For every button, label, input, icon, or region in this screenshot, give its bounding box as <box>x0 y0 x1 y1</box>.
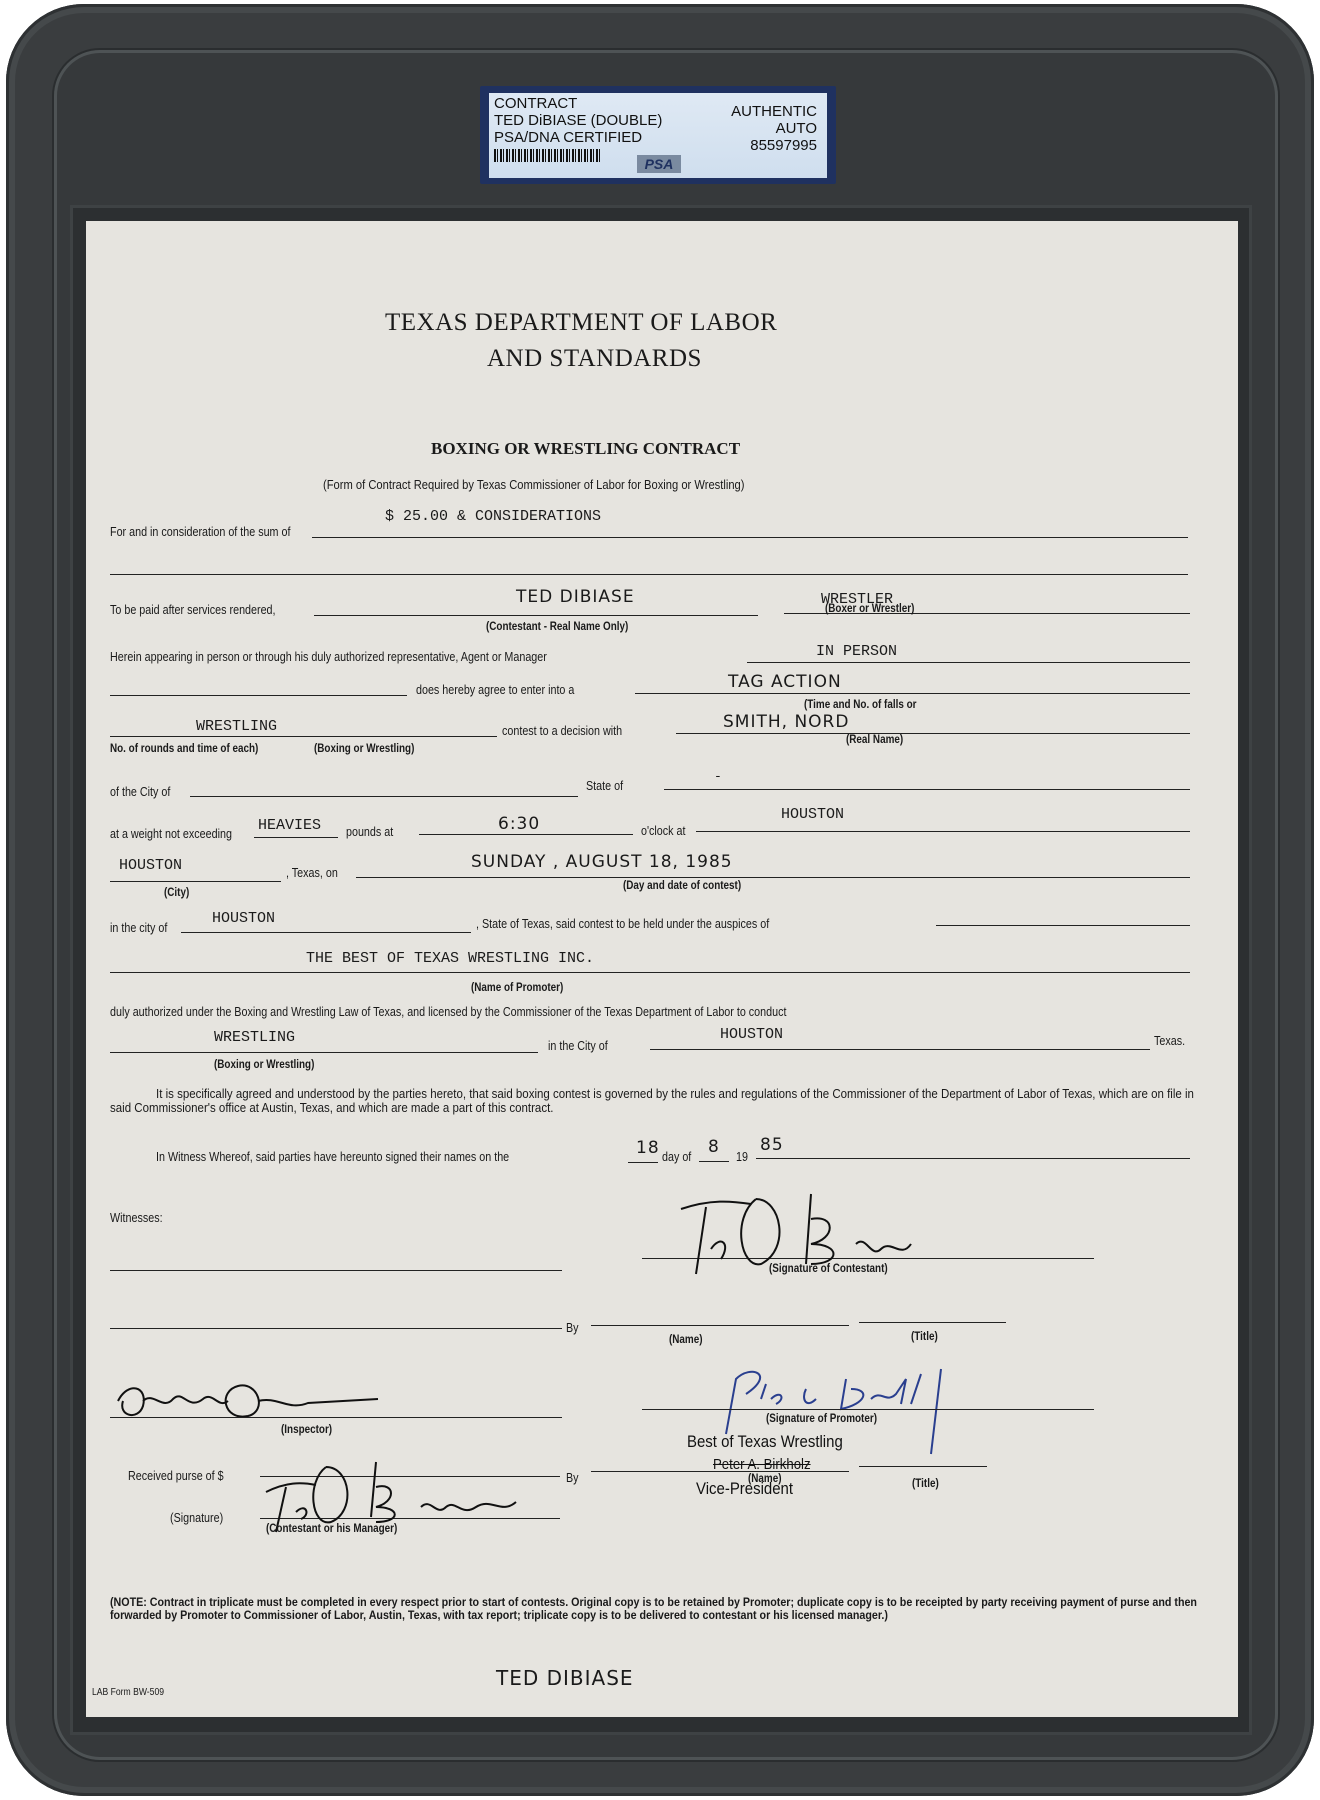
texas-end: Texas. <box>1154 1034 1185 1048</box>
opponent-value: SMITH, NORD <box>723 712 849 732</box>
label-authentic: AUTHENTIC <box>731 103 817 120</box>
state-value: - <box>714 769 722 784</box>
contract-document: TEXAS DEPARTMENT OF LABOR AND STANDARDS … <box>86 221 1238 1717</box>
contestant-name: TED DIBIASE <box>516 587 635 607</box>
conduct-caption: (Boxing or Wrestling) <box>214 1059 314 1071</box>
in-city-of-label: in the City of <box>548 1039 608 1053</box>
conduct-value: WRESTLING <box>214 1029 295 1046</box>
psa-logo-icon: PSA <box>637 155 681 173</box>
received-label: Received purse of $ <box>128 1469 224 1483</box>
sum-label: For and in consideration of the sum of <box>110 525 290 539</box>
contestant-caption: (Contestant - Real Name Only) <box>486 621 628 633</box>
paid-label: To be paid after services rendered, <box>110 603 276 617</box>
promoter-value: THE BEST OF TEXAS WRESTLING INC. <box>306 950 594 967</box>
conduct-city-value: HOUSTON <box>720 1026 783 1043</box>
agree-label: does hereby agree to enter into a <box>416 683 574 697</box>
role-caption: (Boxer or Wrestler) <box>825 603 914 615</box>
label-certifier: PSA/DNA CERTIFIED <box>494 129 662 146</box>
time-value: 6:30 <box>498 814 540 834</box>
promoter-stamp-name: Peter A. Birkholz <box>713 1456 811 1473</box>
oclock-label: o'clock at <box>641 824 685 838</box>
inspector-signature <box>108 1371 388 1431</box>
date-value: SUNDAY , AUGUST 18, 1985 <box>471 852 733 872</box>
in-city-label: in the city of <box>110 921 167 935</box>
agree-value: TAG ACTION <box>728 672 842 692</box>
falls-caption: (Time and No. of falls or <box>804 699 916 711</box>
promoter-caption: (Name of Promoter) <box>471 982 563 994</box>
witnesses-label: Witnesses: <box>110 1211 163 1225</box>
witness-year: 85 <box>760 1135 784 1155</box>
city-label: of the City of <box>110 785 170 799</box>
appearing-value: IN PERSON <box>816 643 897 660</box>
form-number: LAB Form BW-509 <box>92 1687 164 1698</box>
promoter-stamp-title: Vice-President <box>696 1479 793 1499</box>
real-name-caption: (Real Name) <box>846 734 903 746</box>
psa-certification-label: CONTRACT TED DiBIASE (DOUBLE) PSA/DNA CE… <box>480 86 836 184</box>
contest-label: contest to a decision with <box>502 724 622 738</box>
cert-number: 85597995 <box>731 137 817 154</box>
doc-title-line2: AND STANDARDS <box>487 345 702 373</box>
texas-on-label: , Texas, on <box>286 866 338 880</box>
date-caption: (Day and date of contest) <box>623 880 741 892</box>
title-caption-2: (Title) <box>912 1478 939 1490</box>
contestant-manager-caption: (Contestant or his Manager) <box>266 1523 397 1535</box>
sig-promoter-caption: (Signature of Promoter) <box>766 1413 877 1425</box>
doc-subtitle: BOXING OR WRESTLING CONTRACT <box>431 439 740 459</box>
agreement-paragraph: It is specifically agreed and understood… <box>110 1087 1205 1115</box>
by-label-2: By <box>566 1471 579 1485</box>
state-label: State of <box>586 779 623 793</box>
contest-type-value: WRESTLING <box>196 718 277 735</box>
weight-value: HEAVIES <box>258 817 321 834</box>
inspector-caption: (Inspector) <box>281 1424 332 1436</box>
authorized-text: duly authorized under the Boxing and Wre… <box>110 1005 1176 1019</box>
sum-value: $ 25.00 & CONSIDERATIONS <box>385 508 601 525</box>
barcode-icon <box>494 149 602 162</box>
day-of-label: day of <box>662 1150 691 1164</box>
note-text: (NOTE: Contract in triplicate must be co… <box>110 1597 1217 1623</box>
in-city-value: HOUSTON <box>212 910 275 927</box>
sig-contestant-caption: (Signature of Contestant) <box>769 1263 888 1275</box>
signature-label: (Signature) <box>170 1511 223 1525</box>
name-caption-1: (Name) <box>669 1334 703 1346</box>
title-caption-1: (Title) <box>911 1331 938 1343</box>
label-subject: TED DiBIASE (DOUBLE) <box>494 112 662 129</box>
city-caption: (City) <box>164 887 189 899</box>
location-value: HOUSTON <box>781 806 844 823</box>
label-auto: AUTO <box>731 120 817 137</box>
city-value: HOUSTON <box>119 857 182 874</box>
printed-name: TED DIBIASE <box>496 1666 634 1690</box>
weight-label: at a weight not exceeding <box>110 827 232 841</box>
auspices-label: , State of Texas, said contest to be hel… <box>476 917 769 931</box>
year-prefix: 19 <box>736 1150 748 1164</box>
boxing-caption: (Boxing or Wrestling) <box>314 743 414 755</box>
pounds-label: pounds at <box>346 825 393 839</box>
witness-label: In Witness Whereof, said parties have he… <box>156 1150 509 1164</box>
rounds-caption: No. of rounds and time of each) <box>110 743 258 755</box>
form-note: (Form of Contract Required by Texas Comm… <box>323 477 744 492</box>
promoter-stamp-company: Best of Texas Wrestling <box>687 1432 843 1452</box>
by-label-1: By <box>566 1321 579 1335</box>
label-item-type: CONTRACT <box>494 95 662 112</box>
doc-title-line1: TEXAS DEPARTMENT OF LABOR <box>385 309 777 337</box>
witness-month: 8 <box>708 1137 720 1157</box>
appearing-label: Herein appearing in person or through hi… <box>110 650 547 664</box>
witness-day: 18 <box>636 1138 660 1158</box>
